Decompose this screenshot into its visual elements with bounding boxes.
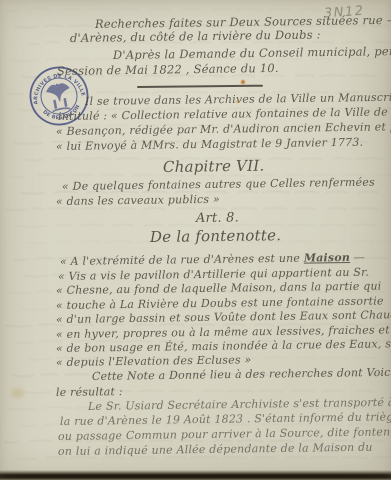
- foxing-spot: [241, 80, 245, 84]
- manuscript-line-body: « A l'extrémité de la rue d'Arènes est u…: [60, 252, 365, 268]
- manuscript-page: 3N12 ARCHIVES DE LA VILLE DE BESANÇON Re…: [0, 0, 391, 480]
- stamp-emblem-eagle: [45, 82, 73, 113]
- manuscript-line-body: « de bon usage en Été, mais inondée à la…: [56, 338, 391, 355]
- manuscript-line-chapter-heading: Chapitre VII.: [163, 159, 265, 176]
- manuscript-line-body: Cette Note a Donné lieu à des recherches…: [92, 367, 391, 383]
- scan-edge-shadow: [0, 470, 391, 480]
- manuscript-line-section-title: De la fontenotte.: [150, 228, 281, 246]
- manuscript-line-header: D'Après la Demande du Conseil municipal,…: [113, 44, 391, 61]
- manuscript-line-header: d'Arènes, du côté de la rivière du Doubs…: [70, 28, 321, 44]
- foxing-spot: [11, 388, 24, 398]
- manuscript-line-header: Session de Mai 1822 , Séance du 10.: [57, 62, 279, 77]
- manuscript-line-body: le résultat :: [56, 386, 123, 398]
- manuscript-line-body: « lui Envoyé à MMrs. du Magistrat le 9 J…: [56, 137, 363, 153]
- separator-rule: [137, 85, 263, 88]
- manuscript-line-body: on lui a indiqué une Allée dépendante de…: [58, 442, 373, 458]
- manuscript-line-body: « De quelques fontaines autres que Celle…: [62, 177, 375, 193]
- manuscript-line-body: « dans les caveaux publics »: [56, 194, 220, 208]
- manuscript-line-body: « depuis l'Elevation des Ecluses »: [56, 354, 252, 368]
- manuscript-line-article-heading: Art. 8.: [196, 211, 239, 225]
